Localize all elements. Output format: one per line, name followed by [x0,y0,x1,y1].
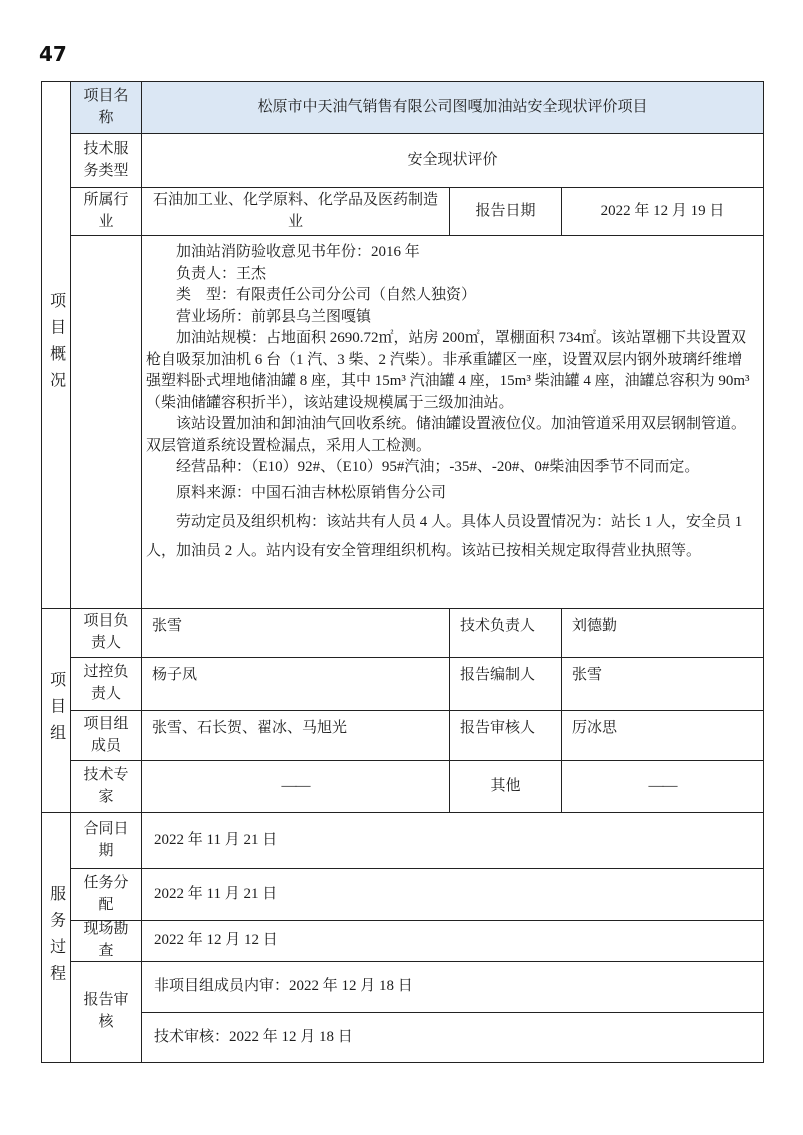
process-control-label: 过控负责人 [71,658,142,711]
internal-review-value: 非项目组成员内审：2022 年 12 月 18 日 [142,962,764,1013]
report-date-value: 2022 年 12 月 19 日 [562,188,764,236]
project-leader-value: 张雪 [142,609,450,658]
report-reviewer-value: 厉冰思 [562,711,764,761]
task-assignment-label: 任务分配 [71,869,142,921]
tech-leader-value: 刘德勤 [562,609,764,658]
tech-leader-label: 技术负责人 [450,609,562,658]
process-control-value: 杨子凤 [142,658,450,711]
overview-paragraph: 经营品种：（E10）92#、（E10）95#汽油；-35#、-20#、0#柴油因… [146,457,757,479]
service-type-label: 技术服务类型 [71,134,142,188]
other-label: 其他 [450,761,562,813]
team-members-label: 项目组成员 [71,711,142,761]
industry-value: 石油加工业、化学原料、化学品及医药制造业 [142,188,450,236]
overview-paragraph: 类 型：有限责任公司分公司（自然人独资） [146,285,757,307]
overview-paragraph: 劳动定员及组织机构：该站共有人员 4 人。具体人员设置情况为：站长 1 人，安全… [146,508,757,566]
overview-paragraph: 负责人：王杰 [146,264,757,286]
industry-label: 所属行业 [71,188,142,236]
project-info-table: 项目概况 项目名称 松原市中天油气销售有限公司图嘎加油站安全现状评价项目 技术服… [41,81,764,1063]
project-name-label: 项目名称 [71,82,142,134]
overview-paragraph: 原料来源：中国石油吉林松原销售分公司 [146,479,757,508]
service-type-value: 安全现状评价 [142,134,764,188]
other-value: —— [562,761,764,813]
tech-expert-value: —— [142,761,450,813]
side-label-process: 服务过程 [42,813,71,1063]
contract-date-value: 2022 年 11 月 21 日 [142,813,764,869]
project-leader-label: 项目负责人 [71,609,142,658]
overview-content: 加油站消防验收意见书年份：2016 年 负责人：王杰 类 型：有限责任公司分公司… [142,236,764,609]
report-reviewer-label: 报告审核人 [450,711,562,761]
overview-paragraph: 加油站消防验收意见书年份：2016 年 [146,242,757,264]
report-date-label: 报告日期 [450,188,562,236]
overview-paragraph: 加油站规模：占地面积 2690.72㎡，站房 200㎡，罩棚面积 734㎡。该站… [146,328,757,414]
report-writer-label: 报告编制人 [450,658,562,711]
overview-empty-cell [71,236,142,609]
report-writer-value: 张雪 [562,658,764,711]
site-survey-label: 现场勘查 [71,921,142,962]
tech-expert-label: 技术专家 [71,761,142,813]
team-members-value: 张雪、石长贺、翟冰、马旭光 [142,711,450,761]
overview-paragraph: 该站设置加油和卸油油气回收系统。储油罐设置液位仪。加油管道采用双层钢制管道。双层… [146,414,757,457]
project-name-value: 松原市中天油气销售有限公司图嘎加油站安全现状评价项目 [142,82,764,134]
contract-date-label: 合同日期 [71,813,142,869]
page-number: 47 [39,42,67,66]
report-review-label: 报告审核 [71,962,142,1063]
side-label-overview: 项目概况 [42,82,71,609]
overview-paragraph: 营业场所：前郭县乌兰图嘎镇 [146,307,757,329]
side-label-team: 项目组 [42,609,71,813]
task-assignment-value: 2022 年 11 月 21 日 [142,869,764,921]
technical-review-value: 技术审核：2022 年 12 月 18 日 [142,1013,764,1063]
site-survey-value: 2022 年 12 月 12 日 [142,921,764,962]
